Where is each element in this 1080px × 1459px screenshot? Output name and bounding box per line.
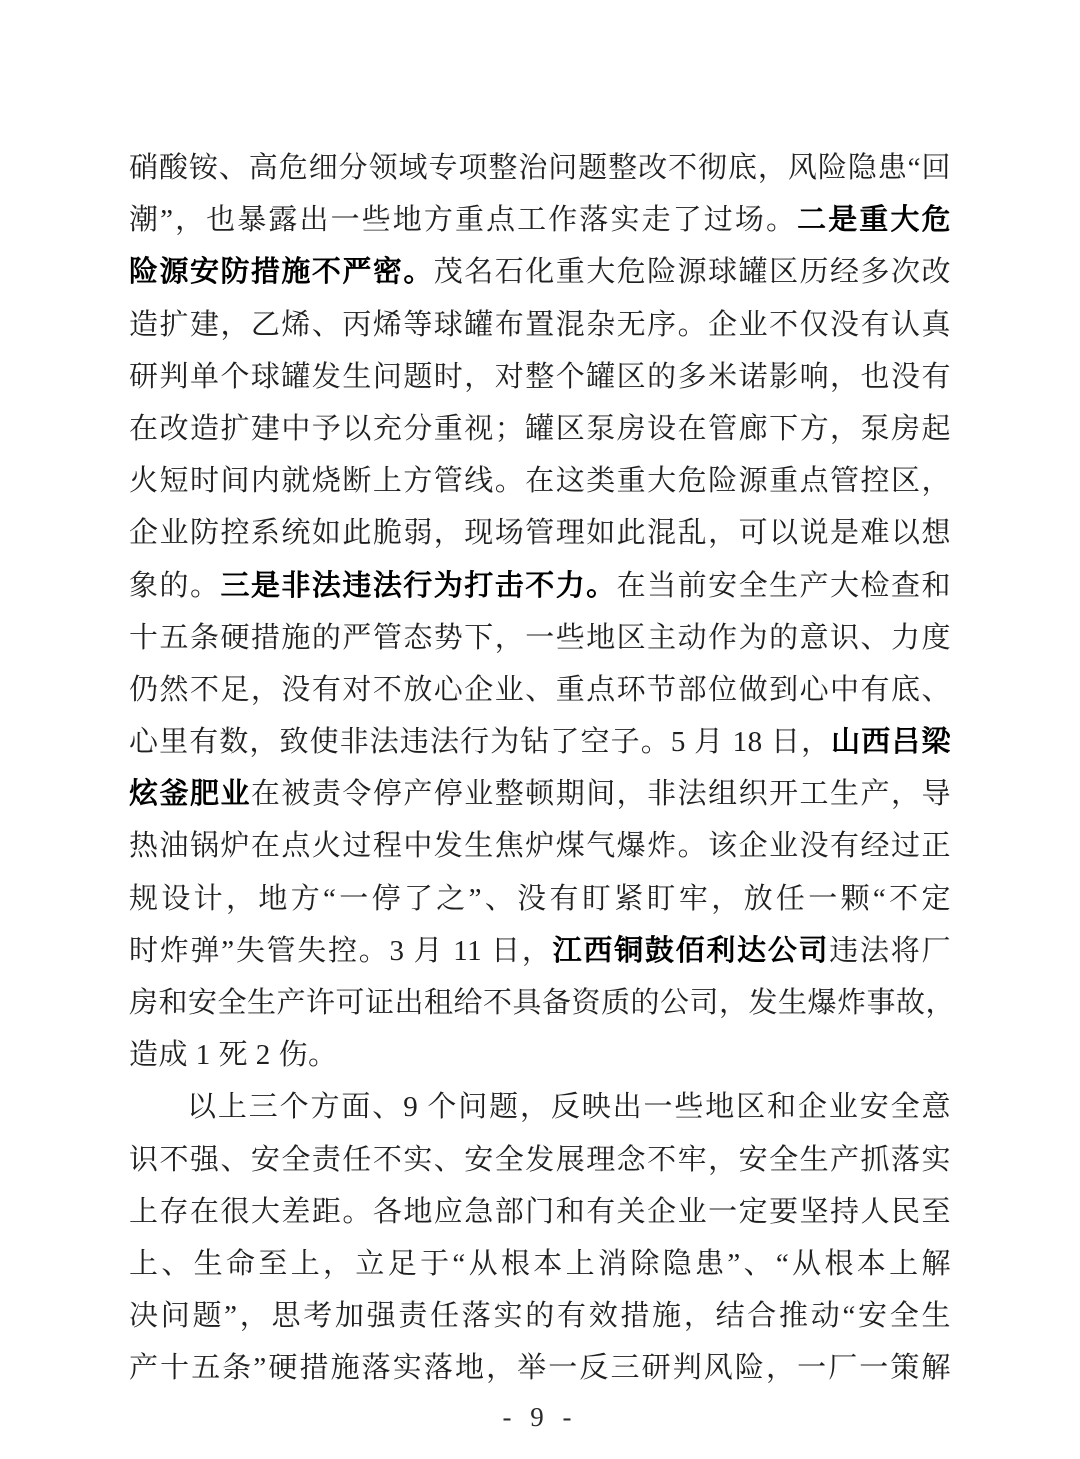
text-line: 炫釜肥业在被责令停产停业整顿期间，非法组织开工生产，导 [129, 768, 951, 820]
bold-name-text: 炫釜肥业 [129, 778, 251, 810]
body-text: 造扩建，乙烯、丙烯等球罐布置混杂无序。企业不仅没有认真 [129, 309, 951, 341]
text-line: 产十五条”硬措施落实落地，举一反三研判风险，一厂一策解 [129, 1342, 951, 1394]
body-text: 研判单个球罐发生问题时，对整个罐区的多米诺影响，也没有 [129, 361, 951, 393]
text-line: 热油锅炉在点火过程中发生焦炉煤气爆炸。该企业没有经过正 [129, 820, 951, 872]
body-text: 企业防控系统如此脆弱，现场管理如此混乱，可以说是难以想 [129, 517, 951, 549]
body-text: 决问题”，思考加强责任落实的有效措施，结合推动“安全生 [129, 1300, 951, 1332]
body-text: 在当前安全生产大检查和 [617, 570, 951, 602]
body-text: 造成 1 死 2 伤。 [129, 1039, 338, 1071]
page-number: - 9 - [0, 1402, 1080, 1433]
body-text: 在改造扩建中予以充分重视；罐区泵房设在管廊下方，泵房起 [129, 413, 951, 445]
bold-name-text: 江西铜鼓佰利达公司 [553, 935, 830, 967]
body-text: 识不强、安全责任不实、安全发展理念不牢，安全生产抓落实 [129, 1144, 951, 1176]
bold-heading-text: 二是重大危 [797, 204, 951, 236]
body-text: 仍然不足，没有对不放心企业、重点环节部位做到心中有底、 [129, 674, 951, 706]
body-text: 十五条硬措施的严管态势下，一些地区主动作为的意识、力度 [129, 622, 951, 654]
body-text: 在被责令停产停业整顿期间，非法组织开工生产，导 [251, 778, 951, 810]
body-text: 产十五条”硬措施落实落地，举一反三研判风险，一厂一策解 [129, 1352, 951, 1384]
text-line: 象的。三是非法违法行为打击不力。在当前安全生产大检查和 [129, 560, 951, 612]
text-line: 在改造扩建中予以充分重视；罐区泵房设在管廊下方，泵房起 [129, 403, 951, 455]
body-text: 潮”，也暴露出一些地方重点工作落实走了过场。 [129, 204, 797, 236]
text-line: 以上三个方面、9 个问题，反映出一些地区和企业安全意 [129, 1081, 951, 1133]
text-line: 心里有数，致使非法违法行为钻了空子。5 月 18 日，山西吕梁 [129, 716, 951, 768]
body-text: 火短时间内就烧断上方管线。在这类重大危险源重点管控区， [129, 465, 951, 497]
text-line: 险源安防措施不严密。茂名石化重大危险源球罐区历经多次改 [129, 246, 951, 298]
text-line: 规设计，地方“一停了之”、没有盯紧盯牢，放任一颗“不定 [129, 873, 951, 925]
text-line: 识不强、安全责任不实、安全发展理念不牢，安全生产抓落实 [129, 1134, 951, 1186]
text-line: 十五条硬措施的严管态势下，一些地区主动作为的意识、力度 [129, 612, 951, 664]
document-page: 硝酸铵、高危细分领域专项整治问题整改不彻底，风险隐患“回潮”，也暴露出一些地方重… [0, 0, 1080, 1459]
body-text: 违法将厂 [829, 935, 951, 967]
text-line: 决问题”，思考加强责任落实的有效措施，结合推动“安全生 [129, 1290, 951, 1342]
text-line: 潮”，也暴露出一些地方重点工作落实走了过场。二是重大危 [129, 194, 951, 246]
bold-heading-text: 险源安防措施不严密。 [129, 256, 434, 288]
text-line: 硝酸铵、高危细分领域专项整治问题整改不彻底，风险隐患“回 [129, 142, 951, 194]
text-line: 上存在很大差距。各地应急部门和有关企业一定要坚持人民至 [129, 1186, 951, 1238]
text-line: 研判单个球罐发生问题时，对整个罐区的多米诺影响，也没有 [129, 351, 951, 403]
text-line: 仍然不足，没有对不放心企业、重点环节部位做到心中有底、 [129, 664, 951, 716]
body-text: 茂名石化重大危险源球罐区历经多次改 [434, 256, 951, 288]
body-text: 象的。 [129, 570, 220, 602]
text-line: 时炸弹”失管失控。3 月 11 日，江西铜鼓佰利达公司违法将厂 [129, 925, 951, 977]
text-line: 房和安全生产许可证出租给不具备资质的公司，发生爆炸事故， [129, 977, 951, 1029]
body-text: 上、生命至上，立足于“从根本上消除隐患”、“从根本上解 [129, 1248, 951, 1280]
body-text: 时炸弹”失管失控。3 月 11 日， [129, 935, 553, 967]
body-text: 房和安全生产许可证出租给不具备资质的公司，发生爆炸事故， [129, 987, 955, 1019]
body-text: 以上三个方面、9 个问题，反映出一些地区和企业安全意 [187, 1091, 951, 1123]
text-line: 企业防控系统如此脆弱，现场管理如此混乱，可以说是难以想 [129, 507, 951, 559]
text-line: 造扩建，乙烯、丙烯等球罐布置混杂无序。企业不仅没有认真 [129, 299, 951, 351]
body-text: 上存在很大差距。各地应急部门和有关企业一定要坚持人民至 [129, 1196, 951, 1228]
body-text: 硝酸铵、高危细分领域专项整治问题整改不彻底，风险隐患“回 [129, 152, 951, 184]
body-text: 心里有数，致使非法违法行为钻了空子。5 月 18 日， [129, 726, 831, 758]
body-text: 热油锅炉在点火过程中发生焦炉煤气爆炸。该企业没有经过正 [129, 830, 951, 862]
document-text-block: 硝酸铵、高危细分领域专项整治问题整改不彻底，风险隐患“回潮”，也暴露出一些地方重… [129, 142, 951, 1395]
text-line: 造成 1 死 2 伤。 [129, 1029, 951, 1081]
bold-name-text: 山西吕梁 [831, 726, 951, 758]
text-line: 上、生命至上，立足于“从根本上消除隐患”、“从根本上解 [129, 1238, 951, 1290]
bold-heading-text: 三是非法违法行为打击不力。 [220, 570, 616, 602]
text-line: 火短时间内就烧断上方管线。在这类重大危险源重点管控区， [129, 455, 951, 507]
body-text: 规设计，地方“一停了之”、没有盯紧盯牢，放任一颗“不定 [129, 883, 951, 915]
